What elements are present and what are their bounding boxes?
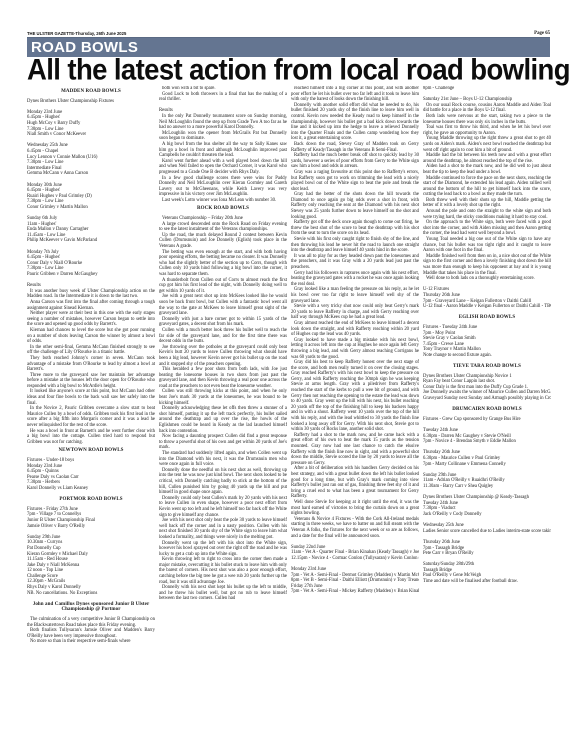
fixture-block: Wednesday 25th June6.45pm - ChapelLucy L… [27,143,155,177]
fixture-line: 7pm - Novice 4 - Brendan Smyth v Eddie M… [423,439,551,445]
article-paragraph: Gray did his best to keep Rafferty hones… [291,360,419,433]
drumcairn-fixtures: Tuesday 24th June6.30pm - Darren Mc Gaug… [423,428,551,585]
fixture-line: Philip McKeever v Gavin McParland [27,238,155,244]
fixture-block: Monday 30th June6.45pm - Hughes'Ruairi H… [27,183,155,211]
article-paragraph: Rafferty had a shot to the mark now, and… [291,433,419,467]
dynes-paras: The culmination of a very competitive Ju… [27,617,155,645]
article-paragraph: Joe throwing over the potholes at the gr… [159,345,287,367]
article-paragraph: Cullen was still throwing kicks at this … [159,389,287,406]
article-paragraph: Young Maddle throwing up the right threw… [423,136,551,153]
fixture-block: Monday 7th July6.45pm - Hughes'Conor Dal… [27,250,155,278]
article-paragraph: Gerry had his followers in raptures once… [291,271,419,288]
fixture-block: Monday 23rd June7pm - Vet A - Semi-Final… [291,567,419,595]
article-paragraph: Gray looked to have made a big mistake w… [291,338,419,360]
article-paragraph: It was another busy week of Ulster Champ… [27,289,155,300]
article-paragraph: Gray had the better of the shots down th… [291,192,419,220]
fixture-block: Sunday 22nd June11am - Vet A - Quarter F… [291,545,419,562]
article-paragraph: Young Toal needed a big one out of the W… [423,237,551,254]
article-paragraph: Good Luck to both throwers in a final th… [159,92,287,103]
article-paragraph: On our usual Rock course, cousins Aaron … [423,103,551,114]
fixture-line: Karol Donnelly vs Liam Keaney [27,486,155,492]
article-paragraph: Around the pole and onto the straight to… [423,209,551,220]
article-paragraph: Back down the road, Stevey Gray of Madde… [291,142,419,153]
article-paragraph: McLoughlin won the opener from McGrails … [159,131,287,142]
article-paragraph: Maddle had the bit between his teeth now… [423,153,551,164]
fixture-block: Sunday 29th June11am - Adrian O'Reilly v… [423,473,551,490]
fixture-line: Graveyard Sunday next Sunday and Armagh … [423,396,551,402]
fixture-line: Ladies Senior score cancelled due to Lad… [423,529,551,535]
fixture-line: Pauric Gribben v Darren McGaughey [27,272,155,278]
fixture-line: U-12 final - Aaron Maddle v Keigan Fulle… [423,304,551,310]
column-2: both won with a bit to spare.Good Luck t… [159,86,287,731]
article-paragraph: A big bowl from the bus shelter all the … [159,142,287,159]
article-paragraph: On the approach to the White sign, both … [423,220,551,237]
fixture-block: Saturday/Sunday 28th/29thTassagh BridgeP… [423,562,551,584]
article-paragraph: In the Novice 2, Pauric Gribben overcame… [27,406,155,428]
veterans-fixtures: Sunday 22nd June11am - Vet A - Quarter F… [291,545,419,595]
fixture-block: Thursday 26th June6.30pm - Maurice Culle… [423,450,551,467]
article-paragraph: Gray almost reached the end of McKees to… [291,321,419,338]
article-paragraph: Veterans & Novice 4 Fixtures - With the … [291,517,419,539]
fixture-block: Thursday 26th June7pm - Tassagh BridgePe… [423,540,551,557]
article-paragraph: reached himself into a big corner at thi… [291,86,419,103]
fixture-block: Tuesday 24th June6.30pm - Darren Mc Gaug… [423,428,551,445]
madden-results: It was another busy week of Ulster Champ… [27,289,155,446]
article-paragraph: Cullen with a much better look threw his… [159,328,287,345]
article-paragraph: After a bit of deliberation with his han… [291,466,419,500]
fixture-line: Time and date will be finalised after fo… [423,579,551,585]
article-paragraph: Toal was first to throw his third, and w… [423,125,551,136]
fixture-block: Wednesday 25th JuneLadies Senior score c… [423,523,551,534]
eglish-heading: EGLISH ROAD BOWLS [423,315,551,321]
article-paragraph: Kevin throwing left to right to cross in… [159,557,287,585]
article-paragraph: They both reached Johnny's corner in sev… [27,356,155,373]
madden-heading: MADDEN ROAD BOWLS [27,89,155,95]
fixture-line: 12.15pm - Novice 4 - Cormac Conlon (Tull… [291,556,419,562]
article-paragraph: Donnelly went up the left with his shot … [159,541,287,558]
article-paragraph: Neither player were at their best in thi… [27,311,155,328]
article-paragraph: He was a bowl in front at Barnett's and … [27,429,155,446]
rock-heading: ROCK ROAD BOWLS [159,206,287,212]
article-paragraph: It was all to play for as they headed do… [291,254,419,271]
rock-report-continued: reached himself into a big corner at thi… [291,86,419,539]
article-paragraph: Joe with a great next shot up into McKee… [159,294,287,316]
fixture-line: Jack O'Reilly v Cody Donnelly [423,512,551,518]
newtown-fixtures: Fixtures - Under-18 boysMonday 23rd June… [27,458,155,492]
fixture-block: Monday 23rd June6.45pm - Hughes'Hugh McC… [27,110,155,138]
article-paragraph: A large crowd descended onto the Rock Ro… [159,222,287,233]
article-paragraph: The betting was even enough at the start… [159,250,287,278]
article-paragraph: Gray was a raging favourite at this poin… [291,170,419,192]
article-paragraph: Three more to the graveyard saw her main… [27,373,155,390]
article-paragraph: Donnelly acknowledging these let offs th… [159,406,287,434]
madden-intro: Dynes Brothers Ulster Championship Fixtu… [27,99,155,105]
fixture-line: Conor Grimley v Martin Mallon [27,205,155,211]
article-columns: MADDEN ROAD BOWLS Dynes Brothers Ulster … [27,86,550,731]
page-number: Page 65 [534,31,550,36]
article-paragraph: Last week's Lotto winner was Iona McLean… [159,198,287,204]
article-paragraph: A thunderbolt from Cullen out of Corrs t… [159,278,287,295]
fixture-block: Sunday 6th July11am - Hughes'Enda Mallon… [27,216,155,244]
article-paragraph: In a few good challenge scores there wer… [159,176,287,198]
article-paragraph: Rafferty had the much better break off s… [291,153,419,170]
fixture-line: Niall Smith v Conor McKeever [27,132,155,138]
fixture-line: Jamsie Oliver v Barry O'Reilly [27,524,155,530]
column-3: reached himself into a big corner at thi… [291,86,419,731]
u12-report: On our usual Rock course, cousins Aaron … [423,103,551,282]
article-paragraph: Donnelly could only beat Cullen's mark b… [159,496,287,518]
article-paragraph: Donnelly done the needful on his next sh… [159,468,287,496]
article-paragraph: Up the road, the much delayed Round 2 co… [159,233,287,250]
article-paragraph: Rafferty got off the deck once again tho… [291,220,419,237]
article-paragraph: The culmination of a very competitive Ju… [27,617,155,628]
article-paragraph: Stevie with his first only caught right … [291,237,419,254]
dynes-continued: both won with a bit to spare.Good Luck t… [159,86,287,103]
article-paragraph: Karol went further ahead with a well pla… [159,159,287,176]
fixture-line: Note change to second fixture again. [423,353,551,359]
article-paragraph: Stevie with a very tricky shot now could… [291,304,419,321]
fixture-line: Pete Carr v Bryan O'Reilly [423,551,551,557]
column-1: MADDEN ROAD BOWLS Dynes Brothers Ulster … [27,86,155,731]
page-headline: All the latest action from local road bo… [27,58,550,82]
portmor-fixtures-sunday: Sunday 29th June10.30am - CurrynsPat Don… [27,535,155,597]
eglish-fixtures: Fixtures - Tuesday 24th June7pm - Moy Po… [423,325,551,359]
newtown-heading: NEWTOWN ROAD BOWLS [27,448,155,454]
fixture-line: 7pm - Vet A - Semi-Final - Mickey Raffer… [291,589,419,595]
article-paragraph: No more so than in their respective semi… [27,639,155,645]
article-paragraph: The standard had suddenly lifted again, … [159,451,287,468]
article-paragraph: Both finalists Tullysaran's Jamsie Olive… [27,628,155,639]
dynes-heading: John and Camillus Dynes sponsored Junior… [27,602,155,613]
fixture-line: 11.30am - Barry Carr v Shea Quigley [423,484,551,490]
rock-report: A large crowd descended onto the Rock Ro… [159,222,287,602]
u12-fixtures: U-12 FixturesThursday 26th June7pm - Gra… [423,287,551,309]
madden-fixtures: Monday 23rd June6.45pm - Hughes'Hugh McC… [27,110,155,278]
fixture-line: NB. No cancellations. No Exceptions [27,591,155,597]
article-paragraph: This heralded a few poor shots from both… [159,367,287,389]
article-paragraph: It looked like anyone's score at this po… [27,389,155,406]
fixture-line: 7pm - Marty Collinane v Emmena Connelly [423,462,551,468]
tievetara-report: Dynes Brothers Ulster Championship Novic… [423,374,551,402]
article-paragraph: Gray looked like a man feeling the press… [291,287,419,304]
fixture-block: Dynes Brothers Ulster Championship @ Kea… [423,495,551,517]
drumcairn-intro: Fixtures - Grew Cup sponsored by Grange … [423,417,551,423]
article-paragraph: Anna Carson was first into the final aft… [27,300,155,311]
article-paragraph: Maddle finished well from then on in, a … [423,254,551,276]
article-paragraph: Both lads were nervous at the start, tak… [423,114,551,125]
publication-dateline: THE ULSTER GAZETTE-Thursday, 26th June 2… [27,31,126,36]
portmor-heading: PORTMOR ROAD BOWLS [27,497,155,503]
challenge-label: 8pm - Challenge [423,86,551,92]
column-4: 8pm - Challenge Saturday 21st June – Boy… [423,86,551,731]
article-paragraph: Well done Stevie for keeping at it right… [291,500,419,517]
article-paragraph: Now facing a daunting prospect Cullen di… [159,434,287,451]
article-paragraph: Well done to both lads on a thoroughly e… [423,276,551,282]
article-paragraph: Both threw well with their shots up the … [423,198,551,209]
drumcairn-heading: DRUMCAIRN ROAD BOWLS [423,407,551,413]
article-paragraph: In the other semi-final, Gemma McCann fi… [27,345,155,356]
article-paragraph: Kiernan had chances to level the score b… [27,328,155,345]
article-paragraph: Aiden had a shot to the mark now, and he… [423,164,551,175]
article-paragraph: Donnelly with just a bare corner got to … [159,317,287,328]
article-paragraph: Donnelly with his next shot kept his bul… [159,585,287,602]
portmor-fixtures-friday: Fixtures - Friday 27th June7pm - Village… [27,507,155,529]
pat-donnelly-results: In the only Pat Donnelly tournament scor… [159,114,287,204]
article-paragraph: In the only Pat Donnelly tournament scor… [159,114,287,131]
fixture-line: Gemma McCann v Anna Carson [27,171,155,177]
article-paragraph: Joe with his next shot only beat the pol… [159,518,287,540]
article-paragraph: Donnelly with another solid effort did w… [291,103,419,142]
article-paragraph: Maddle continued to force the pace on th… [423,176,551,198]
newspaper-page: THE ULSTER GAZETTE-Thursday, 26th June 2… [27,0,550,737]
tievetara-heading: TIEVE TARA ROAD BOWLS [423,364,551,370]
